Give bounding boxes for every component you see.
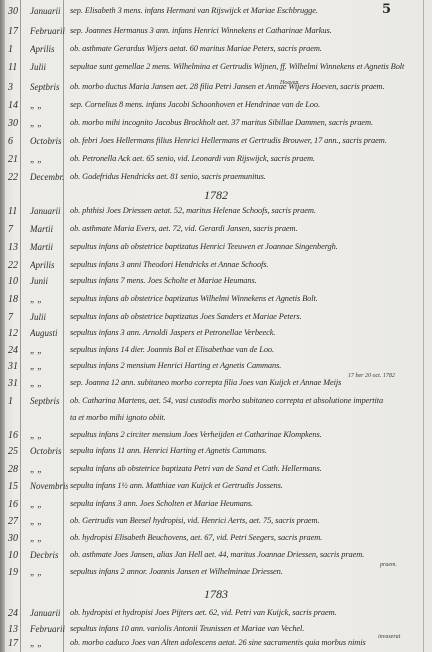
- entry-day: 30: [8, 118, 30, 129]
- register-entry: 7Juliisepultus infans ab obstetrice bapt…: [0, 312, 432, 326]
- entry-text: sepultus infans ab obstetrice baptizatus…: [70, 312, 422, 321]
- marginal-note: 17 ber 20 oct. 1782: [348, 373, 395, 379]
- entry-month: Novembris: [30, 481, 68, 491]
- register-entry: 22Aprilissepultus infans 3 anni Theodori…: [0, 260, 432, 274]
- marginal-note: invaserat: [378, 634, 400, 640]
- entry-month: „ „: [30, 499, 68, 509]
- register-entry: 24Januariiob. hydropisi et hydropisi Joe…: [0, 608, 432, 622]
- register-entry: 17„ „ob. morbo caduco Joes van Alten ado…: [0, 638, 432, 652]
- entry-text: sepultus infans 3 ann. Arnoldi Jaspers e…: [70, 328, 422, 337]
- entry-day: 13: [8, 242, 30, 253]
- register-entry: 25Octobrissepulta infans 11 ann. Henrici…: [0, 446, 432, 460]
- register-entry: 11Januariiob. phthisi Joes Driessen aeta…: [0, 206, 432, 220]
- entry-day: 1: [8, 44, 30, 55]
- register-page: 5 30Januariisep. Elisabeth 3 mens. infan…: [0, 0, 432, 652]
- entry-day: 11: [8, 62, 30, 73]
- entry-month: Januarii: [30, 6, 68, 16]
- entry-day: 24: [8, 345, 30, 356]
- entry-day: 30: [8, 533, 30, 544]
- register-entry: 14„ „sep. Cornelius 8 mens. infans Jacob…: [0, 100, 432, 114]
- entry-month: „ „: [30, 154, 68, 164]
- entry-day: 19: [8, 567, 30, 578]
- entry-text: ob. asthmate Maria Evers, aet. 72, vid. …: [70, 224, 422, 233]
- entry-day: 13: [8, 624, 30, 635]
- register-entry: ta et morbo mihi ignoto obiit.: [0, 413, 432, 427]
- entry-text: sepultus infans 7 mens. Joes Scholte et …: [70, 276, 422, 285]
- entry-month: „ „: [30, 294, 68, 304]
- entry-day: 7: [8, 312, 30, 323]
- entry-text: ob. phthisi Joes Driessen aetat. 52, mar…: [70, 206, 422, 215]
- register-entry: 11Juliisepultae sunt gemellae 2 mens. Wi…: [0, 62, 432, 76]
- entry-month: Septbris: [30, 82, 68, 92]
- entry-month: Augusti: [30, 328, 68, 338]
- entry-day: 31: [8, 361, 30, 372]
- entry-day: 27: [8, 516, 30, 527]
- entry-day: 25: [8, 446, 30, 457]
- entry-month: Februarii: [30, 624, 68, 634]
- register-entry: 7Martiiob. asthmate Maria Evers, aet. 72…: [0, 224, 432, 238]
- entry-month: Octobris: [30, 136, 68, 146]
- entry-text: sepultus infans 2 circiter mensium Joes …: [70, 430, 422, 439]
- entry-month: „ „: [30, 464, 68, 474]
- entry-month: Decembr.: [30, 172, 68, 182]
- entry-text: ta et morbo mihi ignoto obiit.: [70, 413, 422, 422]
- register-entry: 27„ „ob. Gertrudis van Beesel hydropisi,…: [0, 516, 432, 530]
- entry-text: ob. Godefridus Hendricks aet. 81 senio, …: [70, 172, 422, 181]
- entry-month: Aprilis: [30, 44, 68, 54]
- register-entry: 1Aprilisob. asthmate Gerardus Wijers aet…: [0, 44, 432, 58]
- entry-day: 28: [8, 464, 30, 475]
- entry-day: 24: [8, 608, 30, 619]
- register-entry: 13Februariisepultus infans 10 ann. vario…: [0, 624, 432, 638]
- register-entry: 28„ „sepulta infans ab obstetrice baptiz…: [0, 464, 432, 478]
- register-entry: 18„ „sepultus infans ab obstetrice bapti…: [0, 294, 432, 308]
- entry-day: 21: [8, 154, 30, 165]
- marginal-note: praem.: [380, 562, 397, 568]
- entry-day: 11: [8, 206, 30, 217]
- entry-month: „ „: [30, 516, 68, 526]
- entry-month: „ „: [30, 378, 68, 388]
- entry-month: Februarii: [30, 26, 68, 36]
- entry-day: 7: [8, 224, 30, 235]
- entry-month: „ „: [30, 345, 68, 355]
- entry-text: sep. Joanna 12 ann. subitaneo morbo corr…: [70, 378, 422, 387]
- register-entry: 21„ „ob. Petronella Ack aet. 65 senio, v…: [0, 154, 432, 168]
- entry-month: „ „: [30, 100, 68, 110]
- entry-month: Januarii: [30, 608, 68, 618]
- register-entry: 16„ „sepulta infans 3 ann. Joes Scholten…: [0, 499, 432, 513]
- entry-day: 16: [8, 430, 30, 441]
- entry-text: sepulta infans 1½ ann. Matthiae van Kuij…: [70, 481, 422, 490]
- register-entry: 30„ „ob. morbo mihi incognito Jacobus Br…: [0, 118, 432, 132]
- entry-day: 22: [8, 260, 30, 271]
- entry-day: 17: [8, 26, 30, 37]
- entry-text: sepultus infans ab obstetrice baptizatus…: [70, 294, 422, 303]
- register-entry: 1Septbrisob. Catharina Martens, aet. 54,…: [0, 396, 432, 410]
- entry-text: ob. morbo caduco Joes van Alten adolesce…: [70, 638, 422, 647]
- entry-day: 12: [8, 328, 30, 339]
- entry-day: 1: [8, 396, 30, 407]
- register-entry: 17Februariisep. Joannes Hermanus 3 ann. …: [0, 26, 432, 40]
- register-entry: 10Decbrisob. asthmate Joes Jansen, alias…: [0, 550, 432, 564]
- entry-text: ob. hydropisi Elisabeth Beuchovens, aet.…: [70, 533, 422, 542]
- entry-month: Martii: [30, 224, 68, 234]
- year-header: 1783: [0, 587, 432, 602]
- register-entry: 3Septbrisob. morbo ductus Maria Jansen a…: [0, 82, 432, 96]
- marginal-note: Hoeven: [280, 80, 298, 86]
- entry-month: Julii: [30, 312, 68, 322]
- register-entry: 6Octobrisob. febri Joes Hellermans filiu…: [0, 136, 432, 150]
- entry-text: sepulta infans ab obstetrice baptizata P…: [70, 464, 422, 473]
- entry-month: „ „: [30, 118, 68, 128]
- entry-day: 17: [8, 638, 30, 649]
- entry-text: ob. Petronella Ack aet. 65 senio, vid. L…: [70, 154, 422, 163]
- entry-month: Julii: [30, 62, 68, 72]
- entry-text: ob. Gertrudis van Beesel hydropisi, vid.…: [70, 516, 422, 525]
- register-entry: 30„ „ob. hydropisi Elisabeth Beuchovens,…: [0, 533, 432, 547]
- entry-month: „ „: [30, 567, 68, 577]
- entry-month: Junii: [30, 276, 68, 286]
- entry-day: 31: [8, 378, 30, 389]
- entry-month: Septbris: [30, 396, 68, 406]
- entry-text: sepultus infans 2 annor. Joannis Jansen …: [70, 567, 422, 576]
- register-entry: 30Januariisep. Elisabeth 3 mens. infans …: [0, 6, 432, 20]
- entry-day: 15: [8, 481, 30, 492]
- register-entry: 15Novembrissepulta infans 1½ ann. Matthi…: [0, 481, 432, 495]
- entry-month: „ „: [30, 361, 68, 371]
- entry-day: 22: [8, 172, 30, 183]
- entry-month: „ „: [30, 533, 68, 543]
- entry-text: sepultus infans 2 mensium Henrici Hartin…: [70, 361, 422, 370]
- register-entry: 10Juniisepultus infans 7 mens. Joes Scho…: [0, 276, 432, 290]
- entry-day: 14: [8, 100, 30, 111]
- entry-text: ob. Catharina Martens, aet. 54, vasi cus…: [70, 396, 422, 405]
- entry-month: Octobris: [30, 446, 68, 456]
- entry-text: ob. febri Joes Hellermans filius Henrici…: [70, 136, 422, 145]
- entry-text: sepultus infans 10 ann. variolis Antonii…: [70, 624, 422, 633]
- entry-text: sepultus infans 14 dier. Joannis Bol et …: [70, 345, 422, 354]
- entry-text: sep. Joannes Hermanus 3 ann. infans Henr…: [70, 26, 422, 35]
- entry-text: sepulta infans 3 ann. Joes Scholten et M…: [70, 499, 422, 508]
- entry-text: ob. morbo mihi incognito Jacobus Brockho…: [70, 118, 422, 127]
- entry-day: 18: [8, 294, 30, 305]
- entry-text: ob. asthmate Joes Jansen, alias Jan Hell…: [70, 550, 422, 559]
- entry-month: „ „: [30, 638, 68, 648]
- entry-text: sepultus infans ab obstetrice baptizatus…: [70, 242, 422, 251]
- entry-day: 10: [8, 276, 30, 287]
- entry-day: 10: [8, 550, 30, 561]
- entry-text: sepultus infans 3 anni Theodori Hendrick…: [70, 260, 422, 269]
- entry-text: sep. Cornelius 8 mens. infans Jacobi Sch…: [70, 100, 422, 109]
- year-header: 1782: [0, 188, 432, 203]
- entry-month: Martii: [30, 242, 68, 252]
- entry-text: sepultae sunt gemellae 2 mens. Wilhelmin…: [70, 62, 422, 71]
- entry-text: sep. Elisabeth 3 mens. infans Hermani va…: [70, 6, 422, 15]
- entry-text: ob. asthmate Gerardus Wijers aetat. 60 m…: [70, 44, 422, 53]
- register-entry: 13Martiisepultus infans ab obstetrice ba…: [0, 242, 432, 256]
- register-entry: 31„ „sep. Joanna 12 ann. subitaneo morbo…: [0, 378, 432, 392]
- entry-month: Januarii: [30, 206, 68, 216]
- entry-text: ob. morbo ductus Maria Jansen aet. 28 fi…: [70, 82, 422, 91]
- entry-text: sepulta infans 11 ann. Henrici Harting e…: [70, 446, 422, 455]
- entry-day: 6: [8, 136, 30, 147]
- entry-day: 16: [8, 499, 30, 510]
- entry-month: „ „: [30, 430, 68, 440]
- register-entry: 16„ „sepultus infans 2 circiter mensium …: [0, 430, 432, 444]
- entry-day: 30: [8, 6, 30, 17]
- register-entry: 19„ „sepultus infans 2 annor. Joannis Ja…: [0, 567, 432, 581]
- entry-month: Aprilis: [30, 260, 68, 270]
- entry-day: 3: [8, 82, 30, 93]
- entry-text: ob. hydropisi et hydropisi Joes Pijters …: [70, 608, 422, 617]
- register-entry: 24„ „sepultus infans 14 dier. Joannis Bo…: [0, 345, 432, 359]
- entry-month: Decbris: [30, 550, 68, 560]
- register-entry: 22Decembr.ob. Godefridus Hendricks aet. …: [0, 172, 432, 186]
- register-entry: 12Augustisepultus infans 3 ann. Arnoldi …: [0, 328, 432, 342]
